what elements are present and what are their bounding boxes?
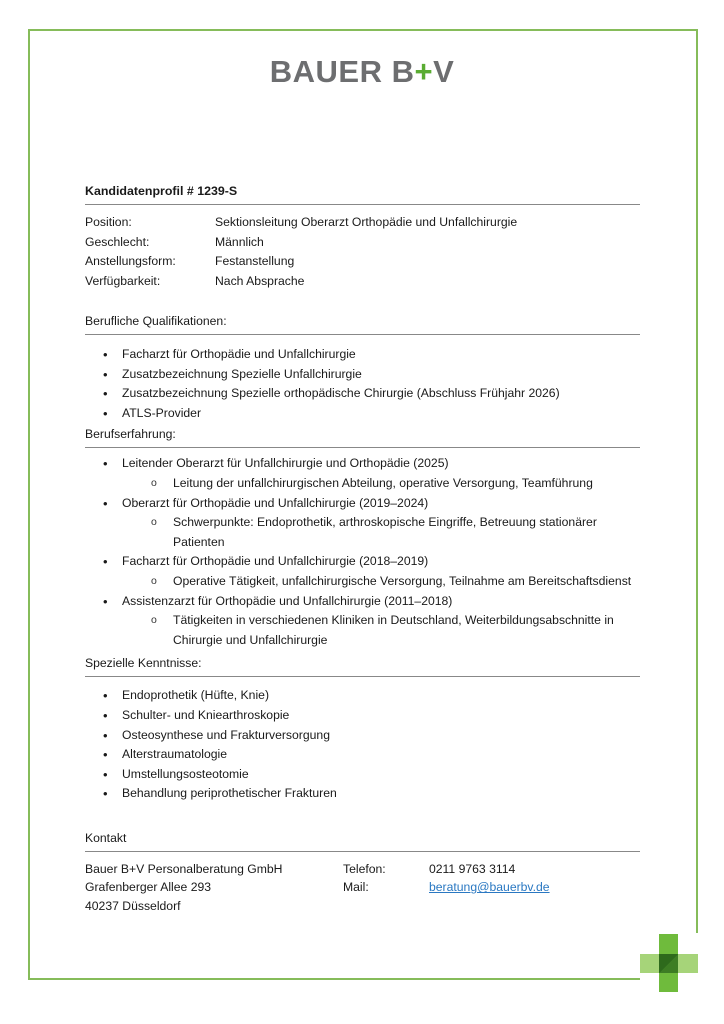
list-item: Behandlung periprothetischer Frakturen <box>85 784 640 804</box>
contact-labels: Telefon: Mail: <box>343 860 429 916</box>
list-item: Umstellungsosteotomie <box>85 765 640 785</box>
experience-detail: Schwerpunkte: Endoprothetik, arthroskopi… <box>85 513 613 552</box>
divider <box>85 447 640 448</box>
frame-right-border <box>696 29 698 933</box>
experience-title: Facharzt für Orthopädie und Unfallchirur… <box>122 554 428 568</box>
contact-block: Bauer B+V Personalberatung GmbH Grafenbe… <box>85 860 640 916</box>
logo-text-right: V <box>433 54 454 89</box>
contact-values: 0211 9763 3114 beratung@bauerbv.de <box>429 860 550 916</box>
profile-title: Kandidatenprofil # 1239-S <box>85 183 640 200</box>
qualifications-heading: Berufliche Qualifikationen: <box>85 313 640 330</box>
field-value: Männlich <box>215 233 264 253</box>
field-value: Festanstellung <box>215 252 294 272</box>
experience-title: Oberarzt für Orthopädie und Unfallchirur… <box>122 496 428 510</box>
experience-title: Leitender Oberarzt für Unfallchirurgie u… <box>122 456 449 470</box>
list-item: Facharzt für Orthopädie und Unfallchirur… <box>85 345 640 365</box>
experience-list-cont: Assistenzarzt für Orthopädie und Unfallc… <box>85 592 640 612</box>
company-logo: BAUER B+V <box>0 54 724 90</box>
list-item: Leitender Oberarzt für Unfallchirurgie u… <box>85 454 640 474</box>
list-item: Facharzt für Orthopädie und Unfallchirur… <box>85 552 640 572</box>
divider <box>85 334 640 335</box>
street: Grafenberger Allee 293 <box>85 878 343 897</box>
skills-list: Endoprothetik (Hüfte, Knie) Schulter- un… <box>85 686 640 804</box>
field-label: Verfügbarkeit: <box>85 272 215 292</box>
divider <box>85 676 640 677</box>
field-value: Sektionsleitung Oberarzt Orthopädie und … <box>215 213 517 233</box>
experience-detail: Tätigkeiten in verschiedenen Kliniken in… <box>85 611 633 650</box>
logo-plus-icon: + <box>414 54 433 89</box>
experience-list-cont: Facharzt für Orthopädie und Unfallchirur… <box>85 552 640 572</box>
list-item: Oberarzt für Orthopädie und Unfallchirur… <box>85 494 640 514</box>
experience-detail: Operative Tätigkeit, unfallchirurgische … <box>85 572 640 592</box>
phone-number: 0211 9763 3114 <box>429 860 550 879</box>
experience-heading: Berufserfahrung: <box>85 426 640 443</box>
mail-label: Mail: <box>343 878 429 897</box>
contact-heading: Kontakt <box>85 830 640 847</box>
list-item: Zusatzbezeichnung Spezielle Unfallchirur… <box>85 365 640 385</box>
qualifications-list: Facharzt für Orthopädie und Unfallchirur… <box>85 345 640 423</box>
logo-text-left: BAUER B <box>270 54 415 89</box>
experience-list-cont: Oberarzt für Orthopädie und Unfallchirur… <box>85 494 640 514</box>
plus-icon <box>640 934 698 992</box>
skills-heading: Spezielle Kenntnisse: <box>85 655 640 672</box>
field-gender: Geschlecht: Männlich <box>85 233 640 253</box>
divider <box>85 204 640 205</box>
field-label: Anstellungsform: <box>85 252 215 272</box>
field-label: Position: <box>85 213 215 233</box>
list-item: Schulter- und Kniearthroskopie <box>85 706 640 726</box>
list-item: Endoprothetik (Hüfte, Knie) <box>85 686 640 706</box>
list-item: Zusatzbezeichnung Spezielle orthopädisch… <box>85 384 640 404</box>
profile-fields: Position: Sektionsleitung Oberarzt Ortho… <box>85 213 640 291</box>
company-name: Bauer B+V Personalberatung GmbH <box>85 860 343 879</box>
experience-detail: Leitung der unfallchirurgischen Abteilun… <box>85 474 640 494</box>
field-employment-type: Anstellungsform: Festanstellung <box>85 252 640 272</box>
experience-list: Leitender Oberarzt für Unfallchirurgie u… <box>85 454 640 474</box>
email-link[interactable]: beratung@bauerbv.de <box>429 880 550 894</box>
field-label: Geschlecht: <box>85 233 215 253</box>
experience-title: Assistenzarzt für Orthopädie und Unfallc… <box>122 594 452 608</box>
city: 40237 Düsseldorf <box>85 897 343 916</box>
frame-top-border <box>28 29 698 31</box>
contact-address: Bauer B+V Personalberatung GmbH Grafenbe… <box>85 860 343 916</box>
field-availability: Verfügbarkeit: Nach Absprache <box>85 272 640 292</box>
field-value: Nach Absprache <box>215 272 304 292</box>
list-item: Osteosynthese und Frakturversorgung <box>85 726 640 746</box>
profile-document: Kandidatenprofil # 1239-S Position: Sekt… <box>85 180 640 915</box>
list-item: ATLS-Provider <box>85 404 640 424</box>
frame-left-border <box>28 29 30 980</box>
frame-bottom-border <box>28 978 640 980</box>
phone-label: Telefon: <box>343 860 429 879</box>
list-item: Assistenzarzt für Orthopädie und Unfallc… <box>85 592 640 612</box>
plus-center <box>659 954 678 973</box>
list-item: Alterstraumatologie <box>85 745 640 765</box>
divider <box>85 851 640 852</box>
field-position: Position: Sektionsleitung Oberarzt Ortho… <box>85 213 640 233</box>
